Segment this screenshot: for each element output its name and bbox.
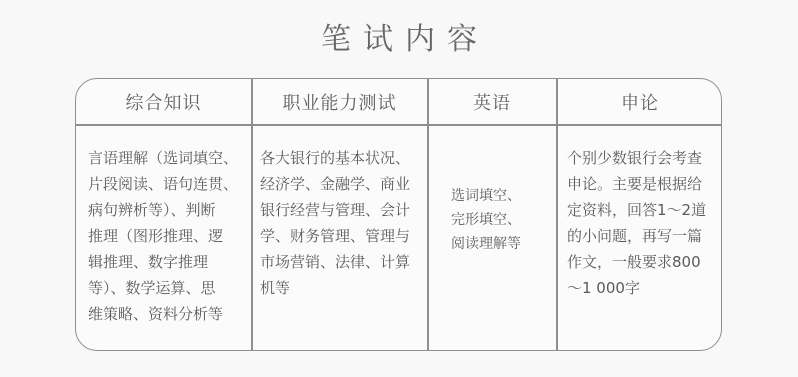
page-title: 笔试内容 <box>0 14 798 58</box>
english-content: 选词填空、 完形填空、 阅读理解等 <box>451 184 521 256</box>
general-knowledge-content: 言语理解（选词填空、 片段阅读、语句连贯、 病句辨析等）、判断 推理（图形推理、… <box>88 145 238 327</box>
header-aptitude-test: 职业能力测试 <box>252 79 427 124</box>
cell-aptitude-test: 各大银行的基本状况、 经济学、金融学、商业 银行经营与管理、会计 学、财务管理、… <box>252 126 427 350</box>
cell-english: 选词填空、 完形填空、 阅读理解等 <box>428 126 556 350</box>
header-english: 英语 <box>428 79 556 124</box>
header-general-knowledge: 综合知识 <box>76 79 251 124</box>
aptitude-test-content: 各大银行的基本状况、 经济学、金融学、商业 银行经营与管理、会计 学、财务管理、… <box>260 145 410 301</box>
cell-essay: 个别少数银行会考查 申论。主要是根据给 定资料，回答1～2道 的小问题，再写一篇… <box>557 126 722 350</box>
header-essay: 申论 <box>557 79 722 124</box>
cell-general-knowledge: 言语理解（选词填空、 片段阅读、语句连贯、 病句辨析等）、判断 推理（图形推理、… <box>76 126 251 350</box>
exam-content-table: 综合知识 职业能力测试 英语 申论 言语理解（选词填空、 片段阅读、语句连贯、 … <box>75 78 722 351</box>
essay-content: 个别少数银行会考查 申论。主要是根据给 定资料，回答1～2道 的小问题，再写一篇… <box>567 145 706 301</box>
